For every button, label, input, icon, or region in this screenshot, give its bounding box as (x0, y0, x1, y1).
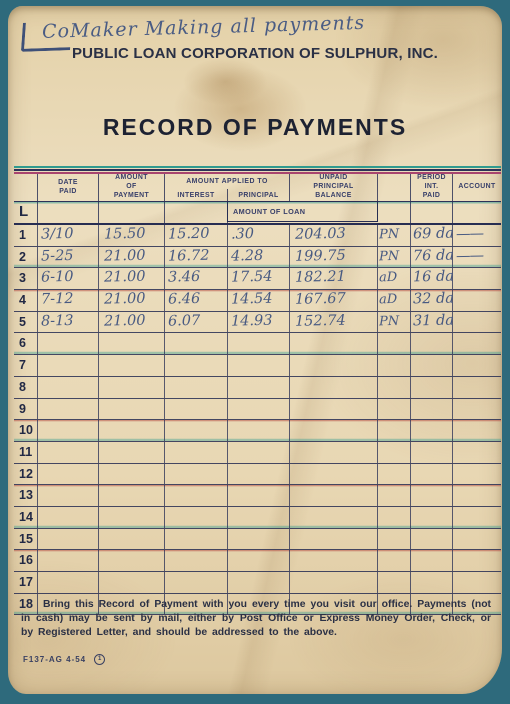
cell-initials: PN (378, 247, 411, 268)
cell-balance (290, 507, 378, 528)
cell-period (411, 507, 453, 528)
cell-initials (378, 464, 411, 485)
amount-of-loan-box: AMOUNT OF LOAN (227, 201, 378, 222)
cell-num: 12 (14, 464, 38, 485)
row-number: 4 (14, 290, 37, 307)
row-number: 5 (14, 312, 37, 329)
handwritten-entry: 21.00 (99, 311, 164, 331)
cell-account (453, 399, 501, 420)
cell-balance: 199.75 (290, 247, 378, 268)
cell-date (38, 550, 99, 571)
cell-account (453, 290, 501, 311)
cell-date (38, 355, 99, 376)
cell-account (453, 355, 501, 376)
cell-payment: 21.00 (99, 290, 165, 311)
cell-balance: 152.74 (290, 312, 378, 333)
handwritten-entry: 6.46 (165, 289, 227, 309)
cell-date (38, 399, 99, 420)
cell-period (411, 442, 453, 463)
cell-payment: 21.00 (99, 247, 165, 268)
cell-num: 6 (14, 333, 38, 354)
handwritten-entry: 3/10 (38, 224, 98, 244)
header-unpaid-principal-balance: UNPAID PRINCIPAL BALANCE (290, 174, 378, 201)
cell-interest (165, 529, 228, 550)
handwritten-entry: 152.74 (290, 311, 377, 332)
cell-period (411, 377, 453, 398)
cell-interest (165, 550, 228, 571)
cell-payment: 15.50 (99, 225, 165, 246)
handwritten-entry: 3.46 (165, 268, 227, 288)
table-row: 11 (14, 442, 501, 464)
cell-period: 76 da (411, 247, 453, 268)
table-row: 17 (14, 572, 501, 594)
row-number: 11 (14, 442, 37, 459)
handwritten-entry: 5-25 (38, 246, 98, 266)
header-rownum (14, 174, 38, 201)
cell-payment (99, 507, 165, 528)
cell-account (453, 529, 501, 550)
cell-date (38, 420, 99, 441)
cell-interest (165, 442, 228, 463)
handwritten-entry: 167.67 (290, 289, 377, 310)
table-row: 25-2521.0016.724.28199.75PN76 da—— (14, 247, 501, 269)
handwritten-entry: 14.54 (228, 289, 289, 309)
table-row: 7 (14, 355, 501, 377)
cell-account (453, 442, 501, 463)
cell-num: 2 (14, 247, 38, 268)
cell-period (411, 485, 453, 506)
form-number: F137-AG 4-54 (23, 655, 86, 664)
handwritten-entry: 15.50 (99, 224, 164, 244)
handwritten-entry: —— (453, 246, 501, 266)
handwritten-entry: 6.07 (165, 311, 227, 331)
header-principal: PRINCIPAL (227, 189, 289, 201)
cell-balance (290, 420, 378, 441)
handwritten-entry: aD (378, 290, 410, 310)
cell-payment (99, 399, 165, 420)
table-body: 13/1015.5015.20.30204.03PN69 da——25-2521… (14, 225, 501, 615)
cell-interest (165, 377, 228, 398)
cell-num: 1 (14, 225, 38, 246)
cell-account: —— (453, 247, 501, 268)
cell-balance (290, 377, 378, 398)
cell-date (38, 333, 99, 354)
cell-payment (99, 485, 165, 506)
cell-initials (378, 442, 411, 463)
cell-num: 13 (14, 485, 38, 506)
cell-date (38, 507, 99, 528)
cell-principal (228, 355, 290, 376)
cell-balance (290, 550, 378, 571)
cell-principal (228, 572, 290, 593)
cell-account (453, 377, 501, 398)
cell-balance (290, 464, 378, 485)
cell-interest (165, 333, 228, 354)
cell-period (411, 550, 453, 571)
table-row: 9 (14, 399, 501, 421)
cell-num: 11 (14, 442, 38, 463)
cell-balance: 167.67 (290, 290, 378, 311)
cell-num: 4 (14, 290, 38, 311)
cell-period (411, 420, 453, 441)
table-row: 8 (14, 377, 501, 399)
cell-payment (99, 420, 165, 441)
cell-date (38, 442, 99, 463)
cell-principal (228, 464, 290, 485)
handwritten-entry: 204.03 (290, 224, 377, 245)
footer-notice: Bring this Record of Payment with you ev… (21, 598, 491, 639)
cell-principal (228, 333, 290, 354)
cell-interest (165, 355, 228, 376)
table-row: 58-1321.006.0714.93152.74PN31 da (14, 312, 501, 334)
cell-num: 16 (14, 550, 38, 571)
handwritten-entry: .30 (228, 224, 289, 244)
cell-num: 9 (14, 399, 38, 420)
table-row: 6 (14, 333, 501, 355)
header-date-paid: DATE PAID (38, 174, 99, 201)
handwritten-entry: 182.21 (290, 267, 377, 288)
handwritten-entry: 199.75 (290, 246, 377, 267)
table-row: 36-1021.003.4617.54182.21aD16 da (14, 268, 501, 290)
cell-account (453, 420, 501, 441)
cell-account (453, 268, 501, 289)
cell-num: 5 (14, 312, 38, 333)
row-number: 17 (14, 572, 37, 589)
cell-payment (99, 572, 165, 593)
cell-account: —— (453, 225, 501, 246)
cell-num: 3 (14, 268, 38, 289)
table-row: 47-1221.006.4614.54167.67aD32 da (14, 290, 501, 312)
cell-date (38, 529, 99, 550)
header-initials (378, 174, 411, 201)
row-number: 2 (14, 247, 37, 264)
handwritten-entry: 21.00 (99, 268, 164, 288)
cell-period (411, 529, 453, 550)
loan-row-label: L (14, 203, 28, 220)
handwritten-entry: 32 da (411, 290, 452, 310)
loan-row-empty-cell (165, 202, 228, 223)
cell-payment (99, 464, 165, 485)
header-amount-of-payment: AMOUNT OF PAYMENT (99, 174, 165, 201)
handwritten-entry: 76 da (411, 246, 452, 266)
cell-num: 17 (14, 572, 38, 593)
cell-period (411, 464, 453, 485)
cell-principal (228, 377, 290, 398)
cell-initials (378, 355, 411, 376)
cell-interest: 16.72 (165, 247, 228, 268)
handwritten-entry: 7-12 (38, 289, 98, 309)
table-row: 16 (14, 550, 501, 572)
row-number: 14 (14, 507, 37, 524)
cell-interest: 3.46 (165, 268, 228, 289)
cell-balance (290, 529, 378, 550)
cell-period (411, 399, 453, 420)
header-account: ACCOUNT (453, 174, 501, 201)
cell-interest: 15.20 (165, 225, 228, 246)
handwritten-entry: PN (378, 311, 410, 331)
cell-period (411, 333, 453, 354)
table-row: 14 (14, 507, 501, 529)
cell-principal (228, 550, 290, 571)
cell-num: 7 (14, 355, 38, 376)
cell-payment: 21.00 (99, 312, 165, 333)
row-number: 9 (14, 399, 37, 416)
cell-date: 5-25 (38, 247, 99, 268)
cell-interest (165, 420, 228, 441)
table-row: 13/1015.5015.20.30204.03PN69 da—— (14, 225, 501, 247)
handwritten-entry: 8-13 (38, 311, 98, 331)
cell-date (38, 464, 99, 485)
cell-balance (290, 442, 378, 463)
cell-account (453, 333, 501, 354)
cell-principal: .30 (228, 225, 290, 246)
cell-principal: 4.28 (228, 247, 290, 268)
row-number: 1 (14, 225, 37, 242)
cell-initials (378, 377, 411, 398)
cell-interest (165, 464, 228, 485)
cell-initials (378, 485, 411, 506)
handwritten-top-note: CoMaker Making all payments (42, 9, 462, 43)
loan-amount-row: L AMOUNT OF LOAN (14, 202, 501, 225)
cell-date: 3/10 (38, 225, 99, 246)
cell-account (453, 464, 501, 485)
cell-principal (228, 485, 290, 506)
cell-account (453, 572, 501, 593)
loan-row-empty-cell (378, 202, 411, 223)
loan-row-empty-cell (38, 202, 99, 223)
handwritten-entry: 21.00 (99, 289, 164, 309)
row-number: 12 (14, 464, 37, 481)
handwritten-entry: —— (453, 224, 501, 244)
cell-payment (99, 442, 165, 463)
row-number: 16 (14, 550, 37, 567)
cell-balance: 182.21 (290, 268, 378, 289)
cell-account (453, 550, 501, 571)
cell-balance (290, 355, 378, 376)
cell-principal: 14.54 (228, 290, 290, 311)
header-period-int-paid: PERIOD INT. PAID (411, 174, 453, 201)
cell-date (38, 572, 99, 593)
loan-row-empty-cell (453, 202, 501, 223)
cell-period: 32 da (411, 290, 453, 311)
handwritten-entry: aD (378, 268, 410, 288)
table-row: 15 (14, 529, 501, 551)
cell-num: 15 (14, 529, 38, 550)
handwritten-entry: 4.28 (228, 246, 289, 266)
handwritten-entry: PN (378, 246, 410, 266)
handwritten-entry: 69 da (411, 225, 452, 245)
cell-date: 6-10 (38, 268, 99, 289)
cell-principal (228, 507, 290, 528)
row-number: 7 (14, 355, 37, 372)
table-row: 10 (14, 420, 501, 442)
cell-payment (99, 550, 165, 571)
handwritten-entry: 15.20 (165, 224, 227, 244)
row-number: 15 (14, 529, 37, 546)
header-interest: INTEREST (165, 189, 227, 201)
cell-initials (378, 333, 411, 354)
handwritten-entry: 16.72 (165, 246, 227, 266)
cell-initials (378, 550, 411, 571)
handwritten-entry: 16 da (411, 268, 452, 288)
cell-num: 14 (14, 507, 38, 528)
cell-initials: PN (378, 225, 411, 246)
row-number: 10 (14, 420, 37, 437)
payment-record-card: CoMaker Making all payments PUBLIC LOAN … (8, 6, 502, 694)
handwritten-entry: PN (378, 225, 410, 245)
cell-principal (228, 442, 290, 463)
cell-period: 31 da (411, 312, 453, 333)
cell-num: 10 (14, 420, 38, 441)
cell-initials (378, 399, 411, 420)
cell-interest: 6.46 (165, 290, 228, 311)
cell-account (453, 312, 501, 333)
cell-date (38, 485, 99, 506)
handwritten-entry: 14.93 (228, 311, 289, 331)
loan-row-empty-cell (411, 202, 453, 223)
cell-payment (99, 529, 165, 550)
cell-principal (228, 420, 290, 441)
cell-date: 7-12 (38, 290, 99, 311)
handwritten-entry: 21.00 (99, 246, 164, 266)
handwritten-entry: 6-10 (38, 268, 98, 288)
cell-balance (290, 485, 378, 506)
cell-initials: PN (378, 312, 411, 333)
cell-date: 8-13 (38, 312, 99, 333)
form-number-line: F137-AG 4-54 1 (23, 654, 105, 665)
cell-initials (378, 572, 411, 593)
handwritten-entry: 17.54 (228, 268, 289, 288)
row-number: 13 (14, 485, 37, 502)
loan-row-empty-cell (99, 202, 165, 223)
cell-balance (290, 399, 378, 420)
cell-period (411, 355, 453, 376)
cell-principal: 14.93 (228, 312, 290, 333)
cell-account (453, 507, 501, 528)
payments-table: DATE PAID AMOUNT OF PAYMENT AMOUNT APPLI… (14, 166, 501, 615)
row-number: 8 (14, 377, 37, 394)
cell-period (411, 572, 453, 593)
cell-principal (228, 529, 290, 550)
cell-initials (378, 529, 411, 550)
cell-interest (165, 507, 228, 528)
table-row: 12 (14, 464, 501, 486)
cell-account (453, 485, 501, 506)
cell-initials: aD (378, 268, 411, 289)
cell-principal (228, 399, 290, 420)
company-name: PUBLIC LOAN CORPORATION OF SULPHUR, INC. (8, 45, 502, 62)
cell-interest: 6.07 (165, 312, 228, 333)
cell-initials: aD (378, 290, 411, 311)
table-row: 13 (14, 485, 501, 507)
cell-date (38, 377, 99, 398)
cell-payment: 21.00 (99, 268, 165, 289)
ledger-top-rules (14, 166, 501, 174)
table-header-row: DATE PAID AMOUNT OF PAYMENT AMOUNT APPLI… (14, 174, 501, 202)
cell-initials (378, 420, 411, 441)
cell-payment (99, 377, 165, 398)
cell-interest (165, 485, 228, 506)
row-number: 3 (14, 268, 37, 285)
row-number: 6 (14, 333, 37, 350)
header-amount-applied-to: AMOUNT APPLIED TO (165, 174, 289, 189)
cell-payment (99, 355, 165, 376)
cell-interest (165, 572, 228, 593)
handwritten-entry: 31 da (411, 311, 452, 331)
header-amount-applied-group: AMOUNT APPLIED TO INTEREST PRINCIPAL (165, 174, 290, 201)
cell-num: 8 (14, 377, 38, 398)
cell-payment (99, 333, 165, 354)
cell-balance (290, 572, 378, 593)
union-bug-icon: 1 (94, 654, 105, 665)
cell-principal: 17.54 (228, 268, 290, 289)
cell-balance: 204.03 (290, 225, 378, 246)
cell-balance (290, 333, 378, 354)
cell-initials (378, 507, 411, 528)
cell-interest (165, 399, 228, 420)
cell-period: 69 da (411, 225, 453, 246)
page-title: RECORD OF PAYMENTS (8, 114, 502, 141)
cell-period: 16 da (411, 268, 453, 289)
